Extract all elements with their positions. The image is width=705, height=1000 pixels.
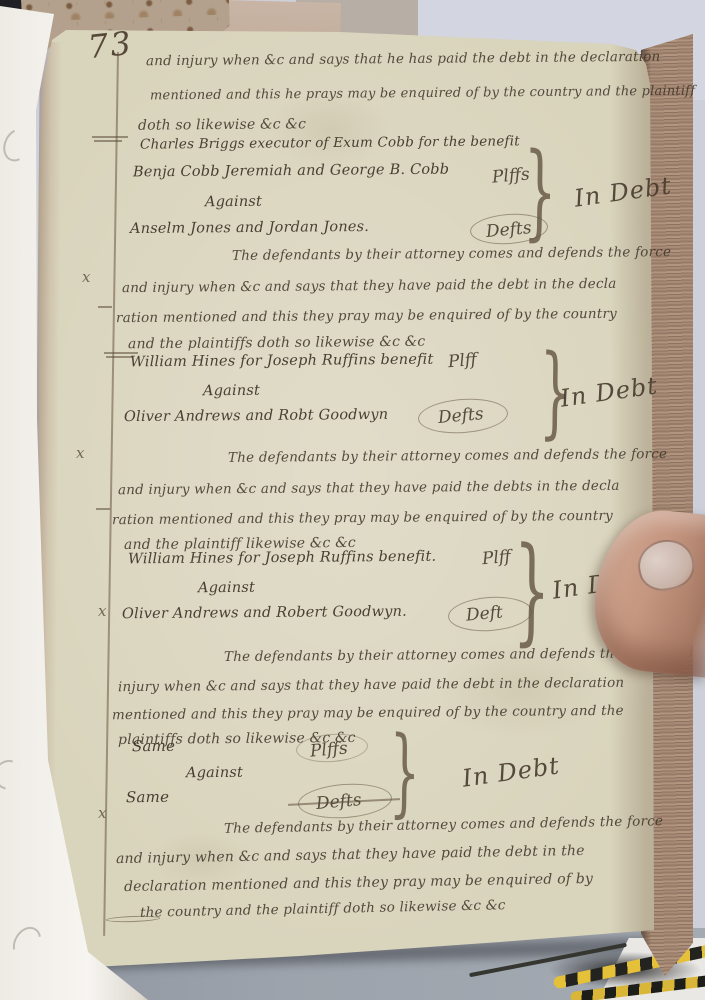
against-label: Against: [198, 581, 255, 597]
defendant-line: Same: [126, 789, 169, 806]
against-label: Against: [186, 766, 243, 782]
curly-brace: }: [513, 542, 551, 639]
finger: [596, 510, 705, 672]
plaintiff-line: Benja Cobb Jeremiah and George B. Cobb: [133, 163, 449, 182]
defendant-line: Anselm Jones and Jordan Jones.: [130, 220, 369, 238]
defendant-line: Oliver Andrews and Robt Goodwyn: [124, 408, 388, 426]
margin-mark: x: [98, 804, 106, 822]
margin-mark: x: [82, 268, 90, 286]
plaintiff-line: William Hines for Joseph Ruffins benefit…: [128, 550, 436, 569]
plaintiff-line: Same: [132, 738, 175, 755]
margin-mark: x: [76, 444, 84, 462]
page-number: 73: [86, 24, 134, 66]
plea-line: and the plaintiffs doth so likewise &c &…: [128, 335, 426, 353]
plaintiff-party-label: Plff: [481, 547, 512, 569]
margin-mark: x: [98, 602, 106, 620]
curly-brace: }: [523, 148, 557, 235]
against-label: Against: [203, 384, 260, 400]
hyphen-mark: [96, 508, 110, 510]
defendant-line: Oliver Andrews and Robert Goodwyn.: [122, 605, 407, 623]
photograph-of-court-record-book: 73 x x x x and injury when &c and says t…: [0, 0, 705, 1000]
plaintiff-line: William Hines for Joseph Ruffins benefit: [130, 353, 434, 372]
plea-line: doth so likewise &c &c: [138, 117, 306, 134]
plaintiff-party-label: Plff: [447, 350, 478, 372]
curly-brace: }: [389, 732, 421, 812]
finger-body: [588, 504, 705, 678]
hyphen-mark: [98, 306, 112, 308]
flourish-underline: [94, 140, 122, 142]
against-label: Against: [205, 195, 262, 211]
plaintiff-line: Charles Briggs executor of Exum Cobb for…: [140, 134, 520, 152]
flourish-underline: [92, 136, 128, 138]
flourish-underline: [106, 356, 132, 358]
